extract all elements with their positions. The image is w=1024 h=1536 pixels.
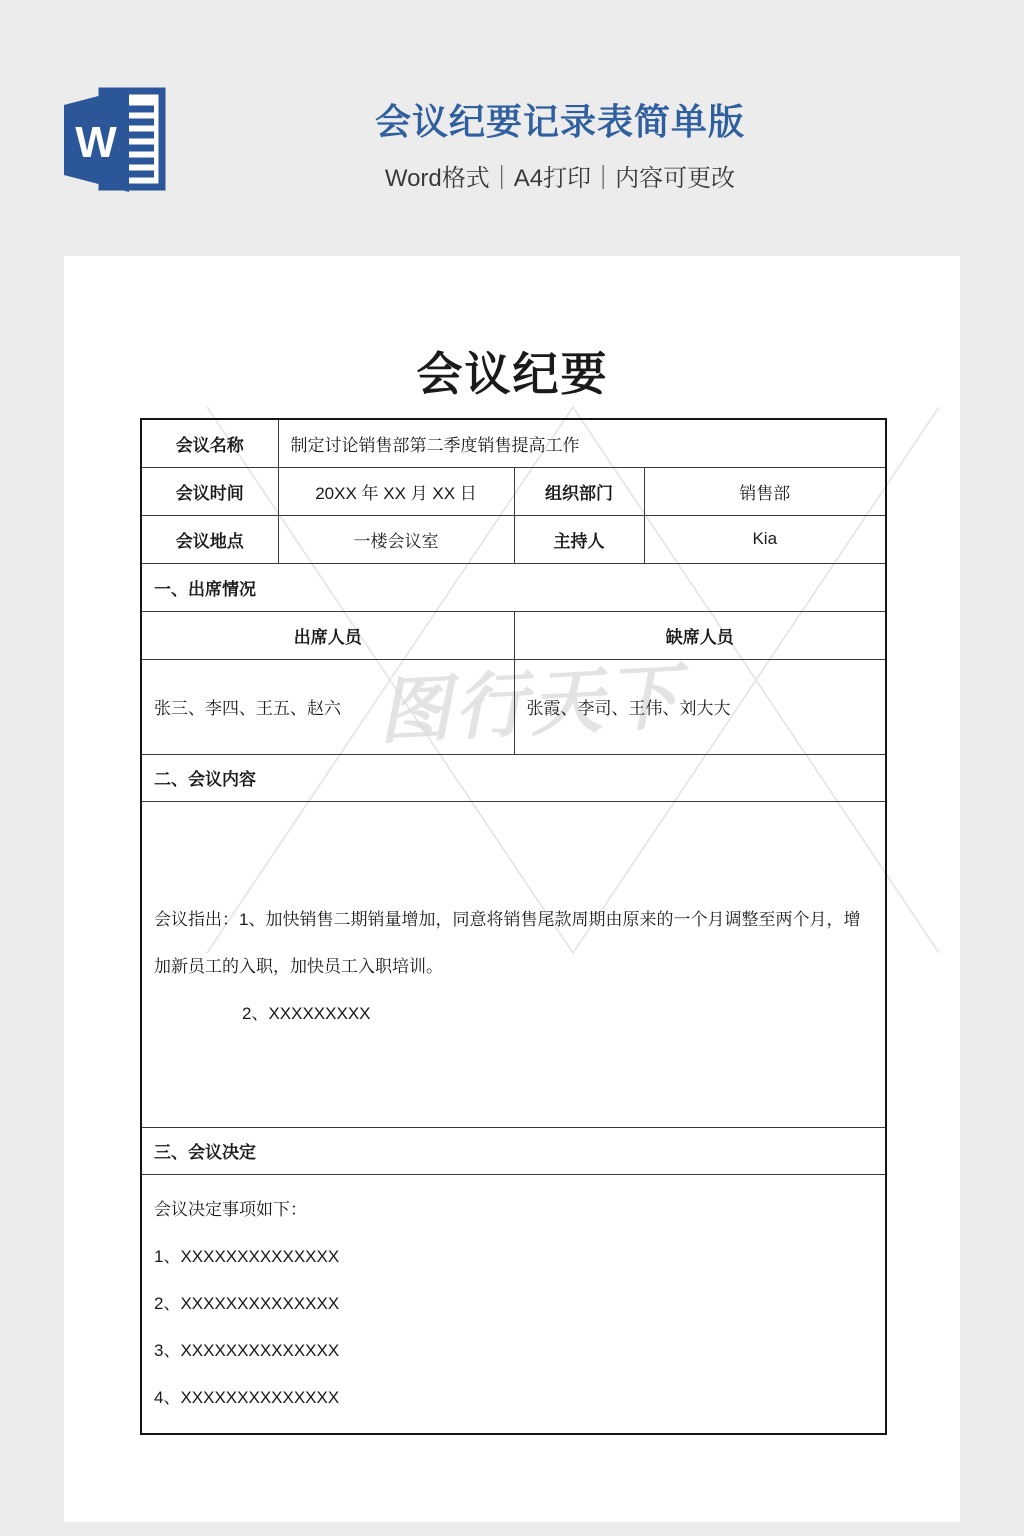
decision-item: 3、XXXXXXXXXXXXXX: [154, 1327, 873, 1374]
host-value: Kia: [644, 515, 886, 563]
row-attendance-names: 张三、李四、王五、赵六 张霞、李司、王伟、刘大大: [141, 659, 886, 754]
attendance-heading: 一、出席情况: [141, 563, 886, 611]
row-attendance-headers: 出席人员 缺席人员: [141, 611, 886, 659]
row-meeting-name: 会议名称 制定讨论销售部第二季度销售提高工作: [141, 419, 886, 467]
decision-item: 2、XXXXXXXXXXXXXX: [154, 1280, 873, 1327]
meeting-name-label: 会议名称: [141, 419, 278, 467]
decisions-intro: 会议决定事项如下：: [154, 1186, 873, 1233]
document-page: 图行天下 会议纪要 会议名称 制定讨论销售部第二季度销售提高工作 会议时间 20…: [64, 256, 960, 1522]
header-subtitle: Word格式｜A4打印｜内容可更改: [180, 158, 940, 193]
location-value: 一楼会议室: [278, 515, 514, 563]
content-paragraph: 会议指出：1、加快销售二期销量增加，同意将销售尾款周期由原来的一个月调整至两个月…: [154, 896, 873, 990]
doc-title: 会议纪要: [140, 338, 885, 404]
content-heading: 二、会议内容: [141, 754, 886, 801]
row-decisions-heading: 三、会议决定: [141, 1127, 886, 1174]
org-dept-value: 销售部: [644, 467, 886, 515]
absent-names: 张霞、李司、王伟、刘大大: [514, 659, 886, 754]
content-body: 会议指出：1、加快销售二期销量增加，同意将销售尾款周期由原来的一个月调整至两个月…: [141, 801, 886, 1127]
header-title: 会议纪要记录表简单版: [180, 94, 940, 145]
meeting-name-value: 制定讨论销售部第二季度销售提高工作: [278, 419, 886, 467]
host-label: 主持人: [514, 515, 644, 563]
row-content-body: 会议指出：1、加快销售二期销量增加，同意将销售尾款周期由原来的一个月调整至两个月…: [141, 801, 886, 1127]
row-content-heading: 二、会议内容: [141, 754, 886, 801]
row-attendance-heading: 一、出席情况: [141, 563, 886, 611]
decisions-heading: 三、会议决定: [141, 1127, 886, 1174]
location-label: 会议地点: [141, 515, 278, 563]
row-location-host: 会议地点 一楼会议室 主持人 Kia: [141, 515, 886, 563]
svg-text:W: W: [75, 118, 117, 167]
present-label: 出席人员: [141, 611, 514, 659]
meeting-time-label: 会议时间: [141, 467, 278, 515]
decisions-body: 会议决定事项如下： 1、XXXXXXXXXXXXXX 2、XXXXXXXXXXX…: [141, 1174, 886, 1434]
decision-item: 4、XXXXXXXXXXXXXX: [154, 1374, 873, 1421]
content-item-2: 2、XXXXXXXXX: [242, 990, 873, 1037]
row-time-dept: 会议时间 20XX 年 XX 月 XX 日 组织部门 销售部: [141, 467, 886, 515]
word-icon: W: [55, 80, 175, 200]
meeting-time-value: 20XX 年 XX 月 XX 日: [278, 467, 514, 515]
row-decisions-body: 会议决定事项如下： 1、XXXXXXXXXXXXXX 2、XXXXXXXXXXX…: [141, 1174, 886, 1434]
meeting-minutes-table: 会议名称 制定讨论销售部第二季度销售提高工作 会议时间 20XX 年 XX 月 …: [140, 418, 887, 1435]
present-names: 张三、李四、王五、赵六: [141, 659, 514, 754]
decision-item: 1、XXXXXXXXXXXXXX: [154, 1233, 873, 1280]
absent-label: 缺席人员: [514, 611, 886, 659]
org-dept-label: 组织部门: [514, 467, 644, 515]
